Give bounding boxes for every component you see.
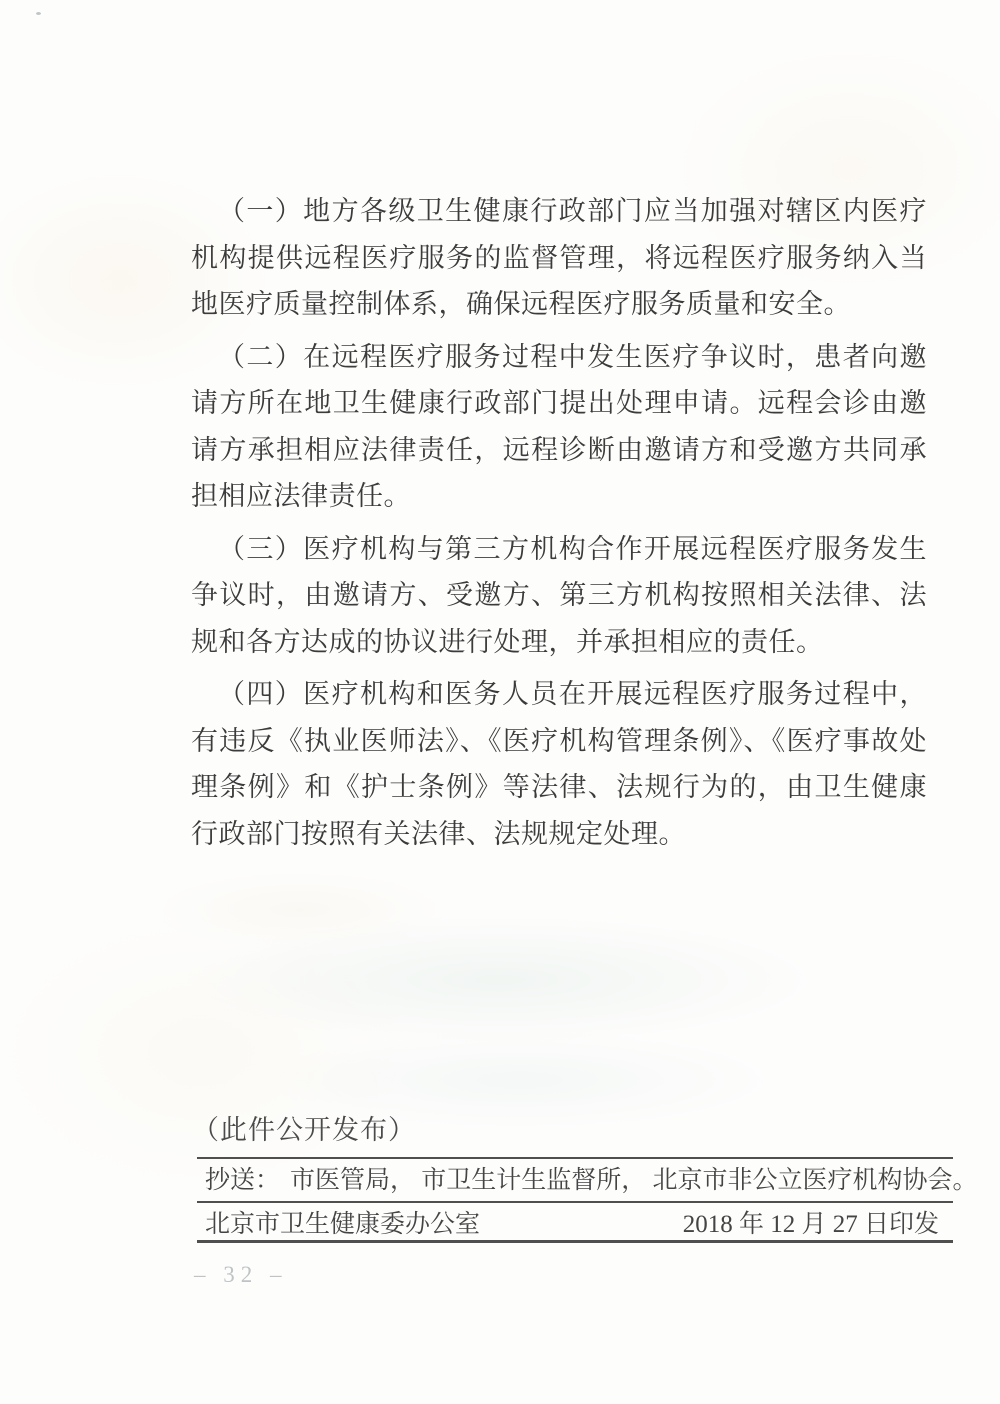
public-release-note: （此件公开发布） xyxy=(192,1110,416,1150)
paragraph-1: （一）地方各级卫生健康行政部门应当加强对辖区内医疗机构提供远程医疗服务的监督管理… xyxy=(191,188,927,328)
issuer-row: 北京市卫生健康委办公室 2018 年 12 月 27 日印发 xyxy=(197,1203,953,1243)
print-date: 2018 年 12 月 27 日印发 xyxy=(683,1204,939,1240)
document-footer: 抄送：市医管局， 市卫生计生监督所， 北京市非公立医疗机构协会。 北京市卫生健康… xyxy=(197,1157,953,1243)
document-page: （一）地方各级卫生健康行政部门应当加强对辖区内医疗机构提供远程医疗服务的监督管理… xyxy=(0,0,1000,1404)
issuing-office: 北京市卫生健康委办公室 xyxy=(205,1204,480,1240)
scan-ghosting xyxy=(180,915,820,1045)
paragraph-4: （四）医疗机构和医务人员在开展远程医疗服务过程中，有违反《执业医师法》、《医疗机… xyxy=(191,671,927,857)
scan-artifact-dot xyxy=(36,12,41,15)
paragraph-3: （三）医疗机构与第三方机构合作开展远程医疗服务发生争议时，由邀请方、受邀方、第三… xyxy=(191,526,927,666)
cc-label: 抄送： xyxy=(205,1167,280,1194)
scan-ghosting xyxy=(150,870,450,950)
cc-row: 抄送：市医管局， 市卫生计生监督所， 北京市非公立医疗机构协会。 xyxy=(197,1159,953,1203)
page-number: – 32 – xyxy=(194,1262,288,1288)
cc-recipients: 市医管局， 市卫生计生监督所， 北京市非公立医疗机构协会。 xyxy=(290,1167,978,1194)
document-body: （一）地方各级卫生健康行政部门应当加强对辖区内医疗机构提供远程医疗服务的监督管理… xyxy=(191,188,927,863)
paragraph-2: （二）在远程医疗服务过程中发生医疗争议时，患者向邀请方所在地卫生健康行政部门提出… xyxy=(191,334,927,520)
